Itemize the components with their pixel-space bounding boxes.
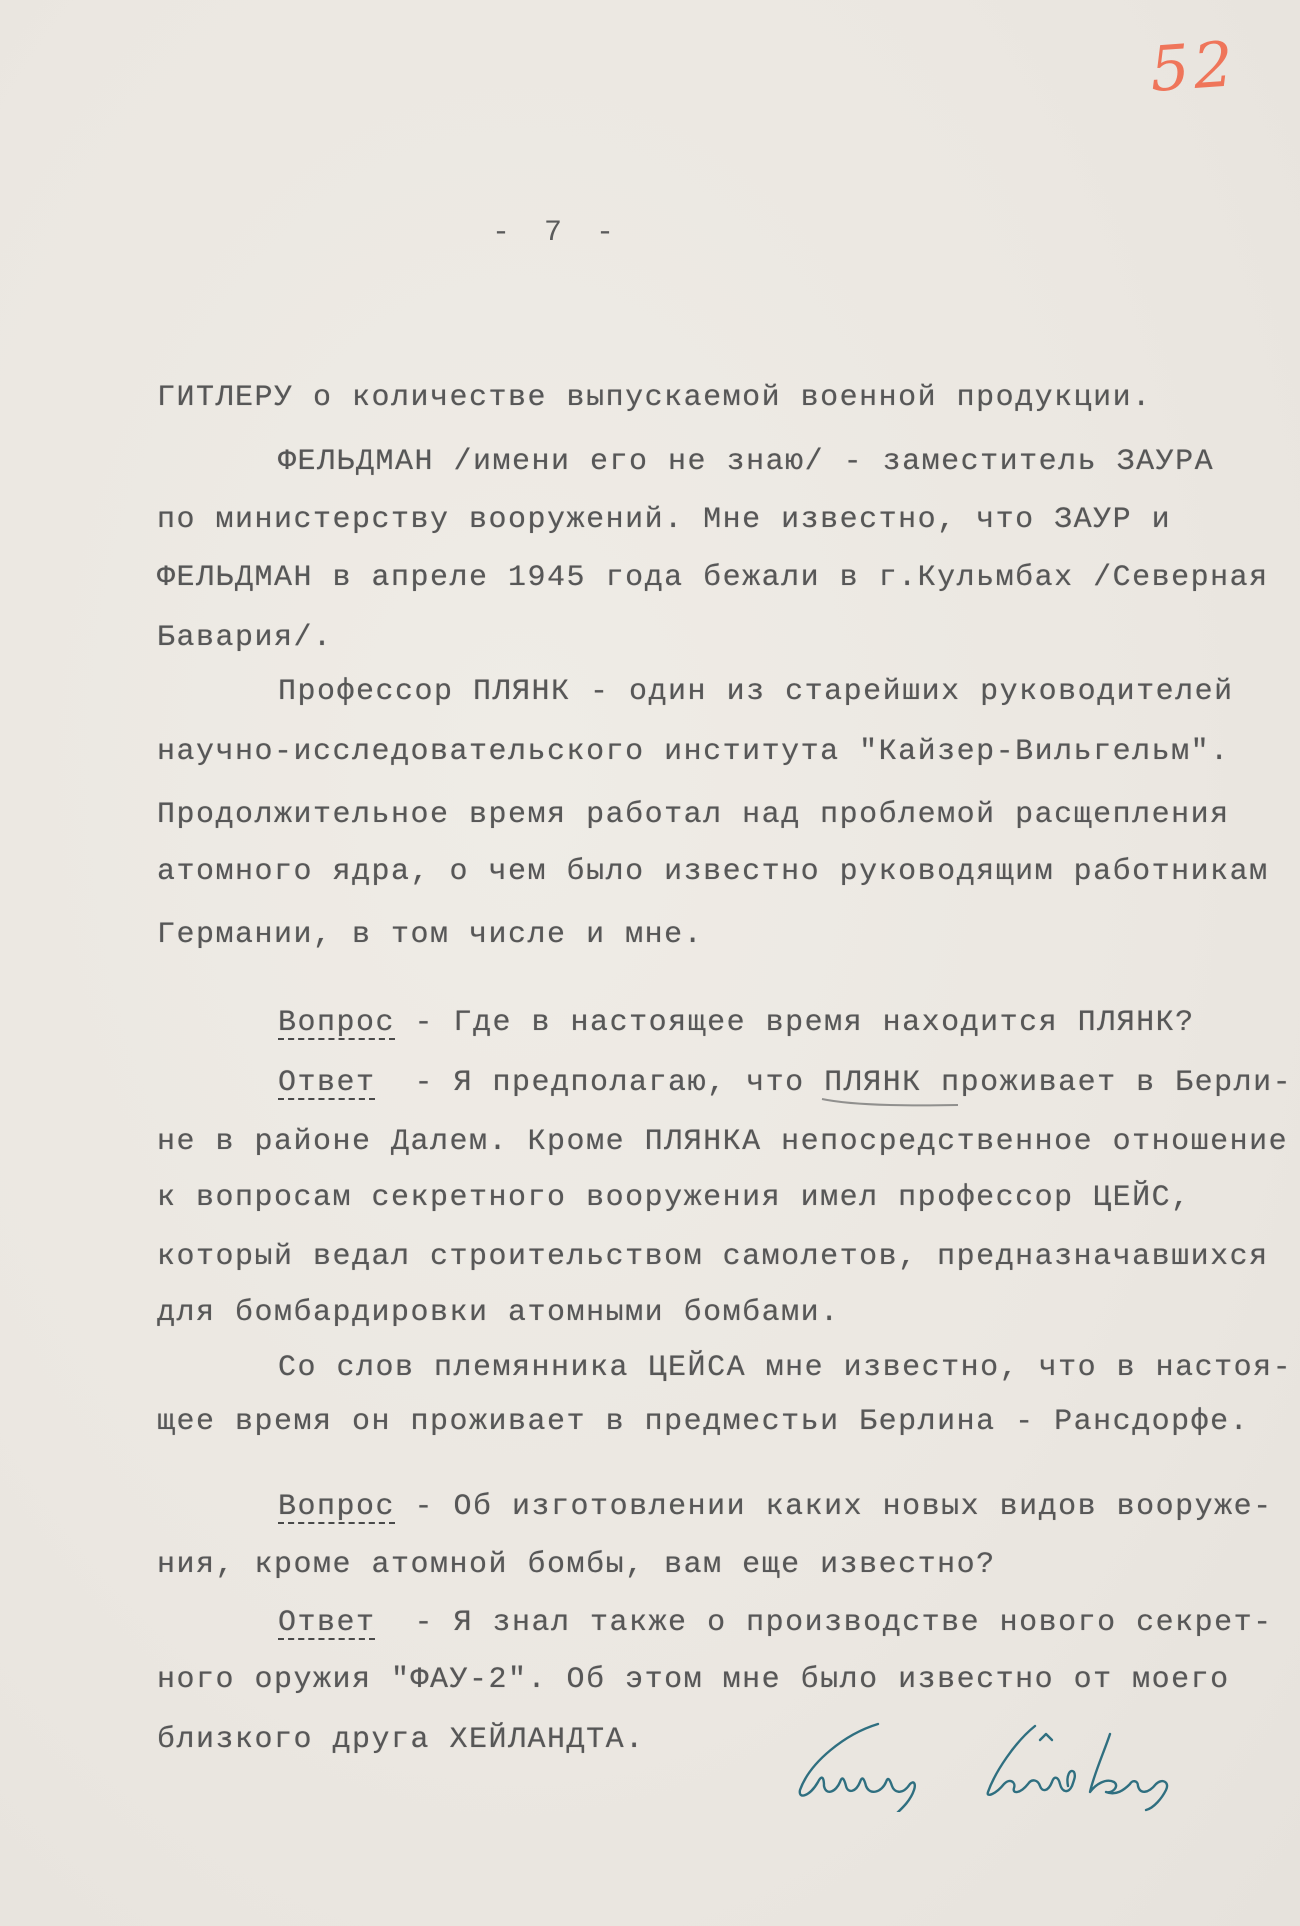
question-text: - Где в настоящее время находится ПЛЯНК?	[395, 1006, 1195, 1040]
text-line: Со слов племянника ЦЕЙСА мне известно, ч…	[278, 1350, 1292, 1386]
pencil-underline	[820, 1096, 960, 1108]
text-line: Профессор ПЛЯНК - один из старейших руко…	[278, 674, 1234, 710]
text-line: научно-исследовательского института "Кай…	[157, 734, 1230, 770]
underlined-name: ПЛЯНК	[824, 1066, 922, 1100]
text-line: для бомбардировки атомными бомбами.	[157, 1295, 840, 1331]
text-line: Германии, в том числе и мне.	[157, 917, 703, 953]
answer-text: - Я знал также о производстве нового сек…	[376, 1606, 1273, 1640]
text-line: не в районе Далем. Кроме ПЛЯНКА непосред…	[157, 1124, 1288, 1160]
text-line: ФЕЛЬДМАН в апреле 1945 года бежали в г.К…	[157, 560, 1269, 596]
text-line: Продолжительное время работал над пробле…	[157, 797, 1230, 833]
text-line: ФЕЛЬДМАН /имени его не знаю/ - заместите…	[278, 444, 1214, 480]
document-page: 52 - 7 - ГИТЛЕРУ о количестве выпускаемо…	[0, 0, 1300, 1926]
text-line: к вопросам секретного вооружения имел пр…	[157, 1180, 1191, 1216]
answer-text: проживает в Берли-	[922, 1066, 1293, 1100]
answer-line: Ответ - Я знал также о производстве ново…	[278, 1605, 1273, 1641]
question-label: Вопрос	[278, 1490, 395, 1524]
text-line: ГИТЛЕРУ о количестве выпускаемой военной…	[157, 380, 1152, 416]
question-label: Вопрос	[278, 1006, 395, 1040]
text-line: щее время он проживает в предместьи Берл…	[157, 1404, 1249, 1440]
archive-sheet-number: 52	[1148, 27, 1240, 106]
text-line: атомного ядра, о чем было известно руков…	[157, 854, 1269, 890]
text-line: ния, кроме атомной бомбы, вам еще извест…	[157, 1547, 996, 1583]
question-line: Вопрос - Об изготовлении каких новых вид…	[278, 1489, 1273, 1525]
text-line: ного оружия "ФАУ-2". Об этом мне было из…	[157, 1662, 1230, 1698]
page-number: - 7 -	[492, 216, 622, 250]
answer-text: - Я предполагаю, что	[376, 1066, 825, 1100]
text-line: по министерству вооружений. Мне известно…	[157, 502, 1171, 538]
signature	[790, 1712, 1210, 1812]
answer-label: Ответ	[278, 1606, 376, 1640]
answer-line: Ответ - Я предполагаю, что ПЛЯНК прожива…	[278, 1065, 1292, 1101]
text-line: Бавария/.	[157, 620, 333, 656]
text-line: близкого друга ХЕЙЛАНДТА.	[157, 1722, 645, 1758]
answer-label: Ответ	[278, 1066, 376, 1100]
question-text: - Об изготовлении каких новых видов воор…	[395, 1490, 1273, 1524]
text-line: который ведал строительством самолетов, …	[157, 1239, 1269, 1275]
question-line: Вопрос - Где в настоящее время находится…	[278, 1005, 1195, 1041]
